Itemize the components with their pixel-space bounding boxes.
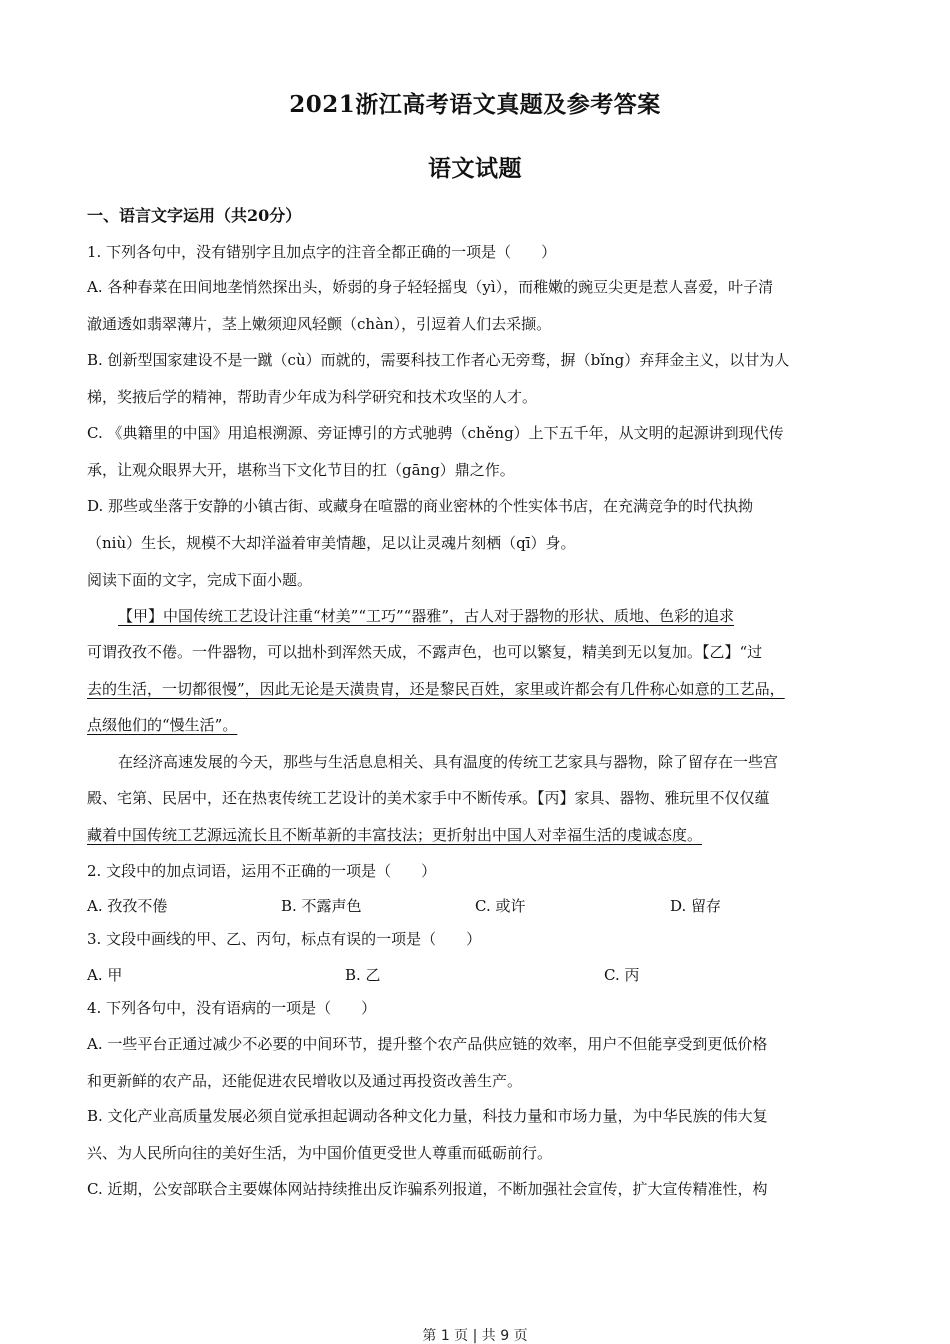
- q2-option-a: A. 孜孜不倦: [87, 895, 167, 916]
- page-footer: 第 1 页 | 共 9 页: [0, 1325, 950, 1344]
- q3-option-b: B. 乙: [345, 964, 381, 985]
- passage-p1-line3: 去的生活，一切都很慢”，因此无论是天潢贵胄，还是黎民百姓，家里或许都会有几件称心…: [87, 679, 785, 699]
- q3-option-a: A. 甲: [87, 964, 122, 985]
- q3-option-c: C. 丙: [604, 964, 639, 985]
- q1-option-c-line1: C. 《典籍里的中国》用追根溯源、旁证博引的方式驰骋（chěng）上下五千年，从…: [87, 423, 784, 443]
- question-1-stem: 1. 下列各句中，没有错别字且加点字的注音全都正确的一项是（ ）: [87, 242, 556, 262]
- section-heading: 一、语言文字运用（共20分）: [87, 206, 301, 226]
- question-4-stem: 4. 下列各句中，没有语病的一项是（ ）: [87, 998, 376, 1018]
- q4-option-b-line1: B. 文化产业高质量发展必须自觉承担起调动各种文化力量，科技力量和市场力量，为中…: [87, 1106, 768, 1126]
- passage-p1-line2: 可谓孜孜不倦。一件器物，可以拙朴到浑然天成，不露声色，也可以繁复，精美到无以复加…: [87, 642, 762, 662]
- q1-option-a-line2: 澈通透如翡翠薄片，茎上嫩须迎风轻颤（chàn），引逗着人们去采撷。: [87, 314, 551, 334]
- passage-p1-line4: 点缀他们的“慢生活”。: [87, 715, 237, 735]
- question-2-stem: 2. 文段中的加点词语，运用不正确的一项是（ ）: [87, 861, 436, 881]
- q1-option-b-line1: B. 创新型国家建设不是一蹴（cù）而就的，需要科技工作者心无旁骛，摒（bǐng…: [87, 350, 789, 370]
- passage-p2-line2: 殿、宅第、民居中，还在热衷传统工艺设计的美术家手中不断传承。【丙】家具、器物、雅…: [87, 788, 770, 808]
- reading-instruction: 阅读下面的文字，完成下面小题。: [87, 570, 312, 590]
- q1-option-b-line2: 梯，奖掖后学的精神，帮助青少年成为科学研究和技术攻坚的人才。: [87, 387, 537, 407]
- q1-option-d-line2: （niù）生长，规模不大却洋溢着审美情趣，足以让灵魂片刻栖（qī）身。: [87, 533, 576, 553]
- document-title: 2021浙江高考语文真题及参考答案: [0, 86, 950, 119]
- passage-p2-line1: 在经济高速发展的今天，那些与生活息息相关、具有温度的传统工艺家具与器物，除了留存…: [118, 752, 778, 772]
- q2-option-d: D. 留存: [670, 895, 721, 916]
- q4-option-a-line1: A. 一些平台正通过减少不必要的中间环节，提升整个农产品供应链的效率，用户不但能…: [87, 1034, 767, 1054]
- passage-p1-line1: 【甲】中国传统工艺设计注重“材美”“工巧”“器雅”，古人对于器物的形状、质地、色…: [118, 606, 734, 626]
- q2-option-b: B. 不露声色: [281, 895, 362, 916]
- q1-option-d-line1: D. 那些或坐落于安静的小镇古街、或藏身在喧嚣的商业密林的个性实体书店，在充满竞…: [87, 496, 753, 516]
- q2-option-c: C. 或许: [475, 895, 525, 916]
- q4-option-b-line2: 兴、为人民所向往的美好生活，为中国价值更受世人尊重而砥砺前行。: [87, 1143, 552, 1163]
- passage-p2-line3: 藏着中国传统工艺源远流长且不断革新的丰富技法；更折射出中国人对幸福生活的虔诚态度…: [87, 825, 702, 845]
- q1-option-a-line1: A. 各种春菜在田间地垄悄然探出头，娇弱的身子轻轻摇曳（yì），而稚嫩的豌豆尖更…: [87, 277, 773, 297]
- document-subtitle: 语文试题: [0, 150, 950, 183]
- question-3-stem: 3. 文段中画线的甲、乙、丙句，标点有误的一项是（ ）: [87, 929, 481, 949]
- document-page: 2021浙江高考语文真题及参考答案 语文试题 一、语言文字运用（共20分） 1.…: [0, 0, 950, 1344]
- q4-option-a-line2: 和更新鲜的农产品，还能促进农民增收以及通过再投资改善生产。: [87, 1071, 522, 1091]
- q4-option-c-line1: C. 近期，公安部联合主要媒体网站持续推出反诈骗系列报道，不断加强社会宣传，扩大…: [87, 1179, 767, 1199]
- q1-option-c-line2: 承，让观众眼界大开，堪称当下文化节目的扛（gāng）鼎之作。: [87, 460, 515, 480]
